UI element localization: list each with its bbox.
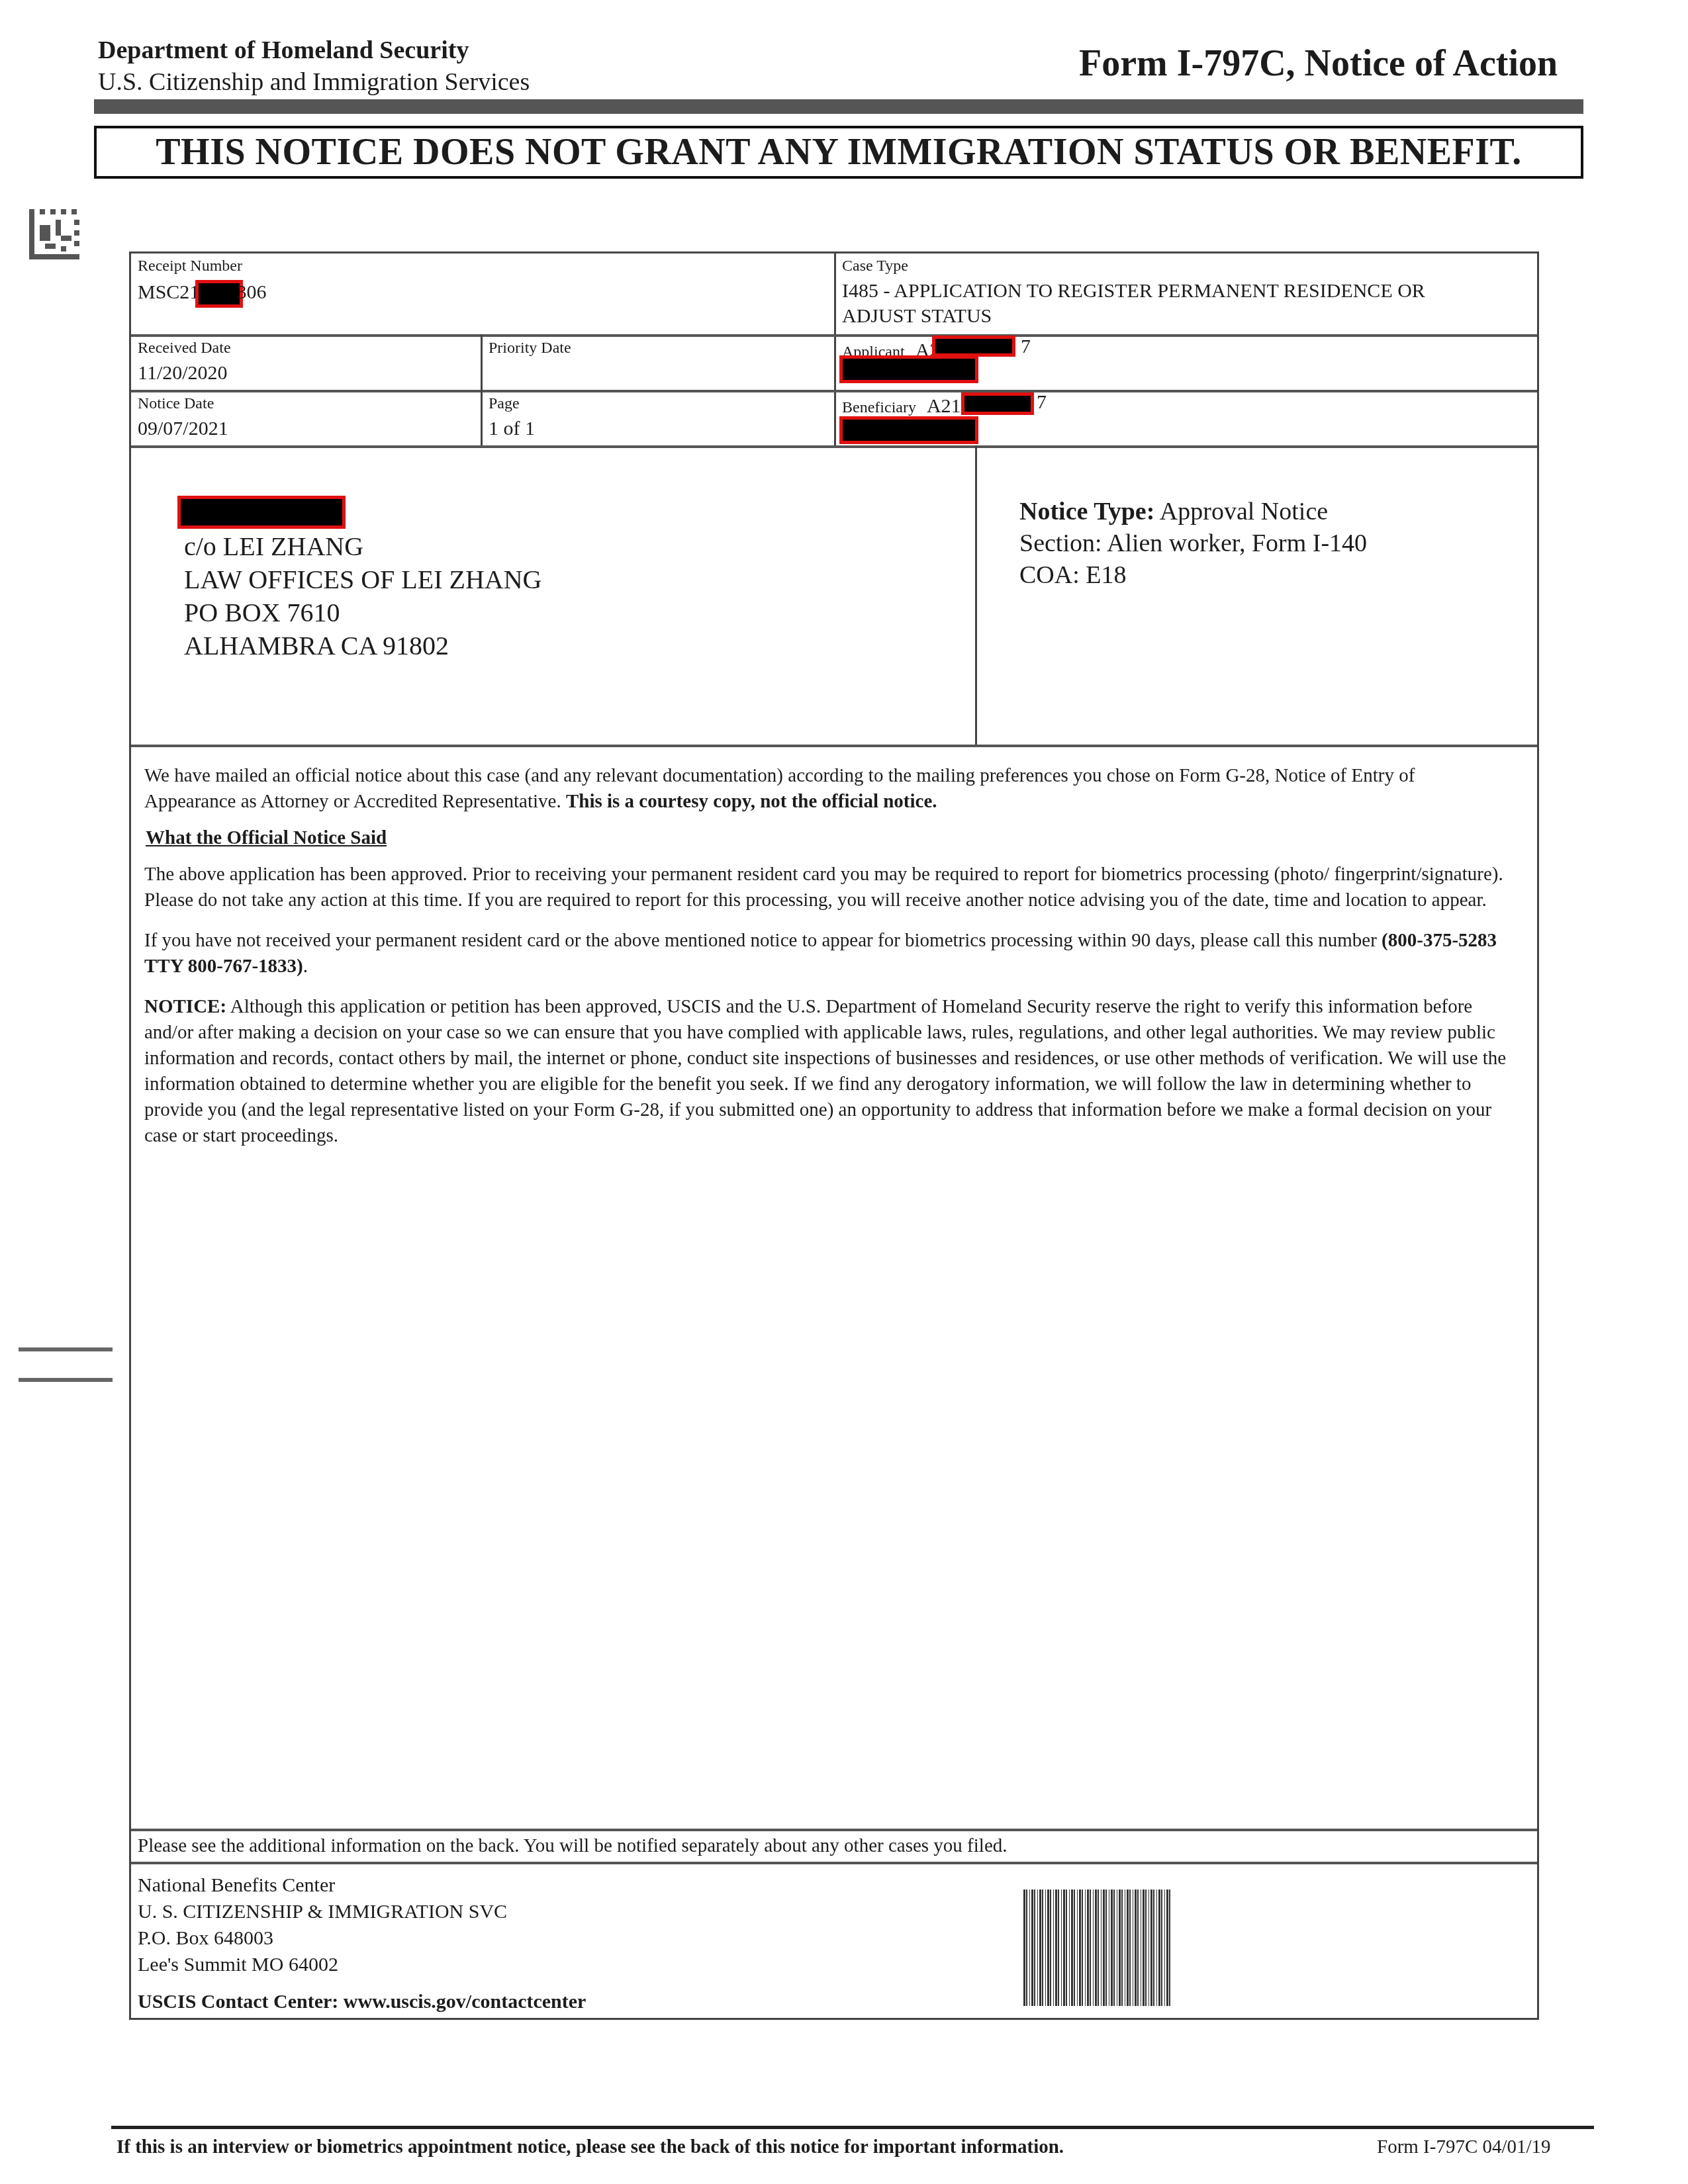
- receipt-number-suffix: 306: [236, 281, 266, 303]
- agency-name: Department of Homeland Security: [98, 36, 469, 65]
- notice-date-label: Notice Date: [138, 395, 214, 413]
- contact-center-link[interactable]: USCIS Contact Center: www.uscis.gov/cont…: [138, 1989, 586, 2015]
- notice-type-label: Notice Type:: [1019, 498, 1154, 525]
- notice-form: Receipt Number MSC21306 Case Type I485 -…: [129, 251, 1539, 2020]
- office-line: National Benefits Center: [138, 1872, 586, 1899]
- datamatrix-barcode-icon: [29, 209, 79, 259]
- received-date-label: Received Date: [138, 340, 231, 357]
- footer-rule: [111, 2126, 1594, 2129]
- receipt-number-cell: Receipt Number MSC21306: [131, 253, 834, 334]
- page-cell: Page 1 of 1: [482, 391, 834, 445]
- margin-mark: [19, 1347, 113, 1351]
- notice-type-details: Notice Type: Approval Notice Section: Al…: [1019, 496, 1367, 591]
- received-date-value: 11/20/2020: [138, 362, 228, 385]
- form-title: Form I-797C, Notice of Action: [1079, 42, 1558, 85]
- address-line: LAW OFFICES OF LEI ZHANG: [184, 563, 542, 596]
- notice-coa: COA: E18: [1019, 559, 1367, 591]
- header-rule: [94, 99, 1583, 114]
- beneficiary-a-number-prefix: A21: [927, 395, 961, 417]
- notice-type-value: Approval Notice: [1160, 498, 1328, 525]
- receipt-number-label: Receipt Number: [138, 257, 242, 275]
- beneficiary-label: Beneficiary A21: [842, 395, 961, 418]
- case-type-cell: Case Type I485 - APPLICATION TO REGISTER…: [834, 253, 1537, 334]
- beneficiary-a-number-suffix: 7: [1037, 391, 1047, 414]
- approval-paragraph: The above application has been approved.…: [144, 862, 1508, 913]
- notice-section: Section: Alien worker, Form I-140: [1019, 527, 1367, 559]
- redaction-block: [932, 336, 1015, 357]
- redaction-block: [961, 392, 1034, 415]
- service-center-address: National Benefits Center U. S. CITIZENSH…: [138, 1872, 586, 2015]
- receipt-number-value: MSC21306: [138, 280, 266, 308]
- intro-paragraph: We have mailed an official notice about …: [144, 763, 1508, 815]
- section-heading: What the Official Notice Said: [146, 825, 1508, 851]
- case-type-value-line2: ADJUST STATUS: [842, 305, 992, 328]
- applicant-a-number-suffix: 7: [1021, 336, 1031, 358]
- mailing-address-block: c/o LEI ZHANG LAW OFFICES OF LEI ZHANG P…: [131, 448, 975, 745]
- beneficiary-label-text: Beneficiary: [842, 399, 916, 416]
- notice-date-value: 09/07/2021: [138, 418, 228, 440]
- form-edition: Form I-797C 04/01/19: [1377, 2136, 1551, 2158]
- margin-mark: [19, 1378, 113, 1382]
- notice-type-block: Notice Type: Approval Notice Section: Al…: [977, 448, 1537, 745]
- priority-date-label: Priority Date: [489, 340, 571, 357]
- office-line: P.O. Box 648003: [138, 1925, 586, 1952]
- case-type-label: Case Type: [842, 257, 908, 275]
- card-paragraph-text: If you have not received your permanent …: [144, 930, 1377, 951]
- notice-label: NOTICE:: [144, 996, 226, 1017]
- courtesy-copy-note: This is a courtesy copy, not the officia…: [566, 791, 937, 812]
- address-line: PO BOX 7610: [184, 596, 542, 629]
- notice-text: Although this application or petition ha…: [144, 996, 1506, 1146]
- notice-date-cell: Notice Date 09/07/2021: [131, 391, 481, 445]
- redaction-block: [839, 416, 978, 444]
- disclaimer-banner: THIS NOTICE DOES NOT GRANT ANY IMMIGRATI…: [94, 126, 1583, 179]
- applicant-cell: Applicant A2 7: [834, 336, 1537, 390]
- mailing-address: c/o LEI ZHANG LAW OFFICES OF LEI ZHANG P…: [184, 530, 542, 662]
- page-label: Page: [489, 395, 520, 413]
- address-line: c/o LEI ZHANG: [184, 530, 542, 563]
- additional-info-note: Please see the additional information on…: [138, 1835, 1008, 1857]
- received-date-cell: Received Date 11/20/2020: [131, 336, 481, 390]
- priority-date-cell: Priority Date: [482, 336, 834, 390]
- address-line: ALHAMBRA CA 91802: [184, 629, 542, 662]
- notice-type: Notice Type: Approval Notice: [1019, 496, 1367, 527]
- page-value: 1 of 1: [489, 418, 535, 440]
- agency-subname: U.S. Citizenship and Immigration Service…: [98, 68, 530, 97]
- card-paragraph-end: .: [303, 956, 308, 977]
- redaction-block: [839, 355, 978, 383]
- notice-body: We have mailed an official notice about …: [144, 763, 1508, 1149]
- barcode-icon: [1023, 1889, 1170, 2006]
- office-line: U. S. CITIZENSHIP & IMMIGRATION SVC: [138, 1899, 586, 1925]
- case-type-value-line1: I485 - APPLICATION TO REGISTER PERMANENT…: [842, 280, 1425, 302]
- redaction-block: [177, 496, 346, 529]
- verification-notice: NOTICE: Although this application or pet…: [144, 994, 1508, 1149]
- appointment-note: If this is an interview or biometrics ap…: [117, 2136, 1064, 2158]
- receipt-number-prefix: MSC21: [138, 281, 199, 303]
- beneficiary-cell: Beneficiary A21 7: [834, 391, 1537, 445]
- card-paragraph: If you have not received your permanent …: [144, 928, 1508, 979]
- office-line: Lee's Summit MO 64002: [138, 1952, 586, 1978]
